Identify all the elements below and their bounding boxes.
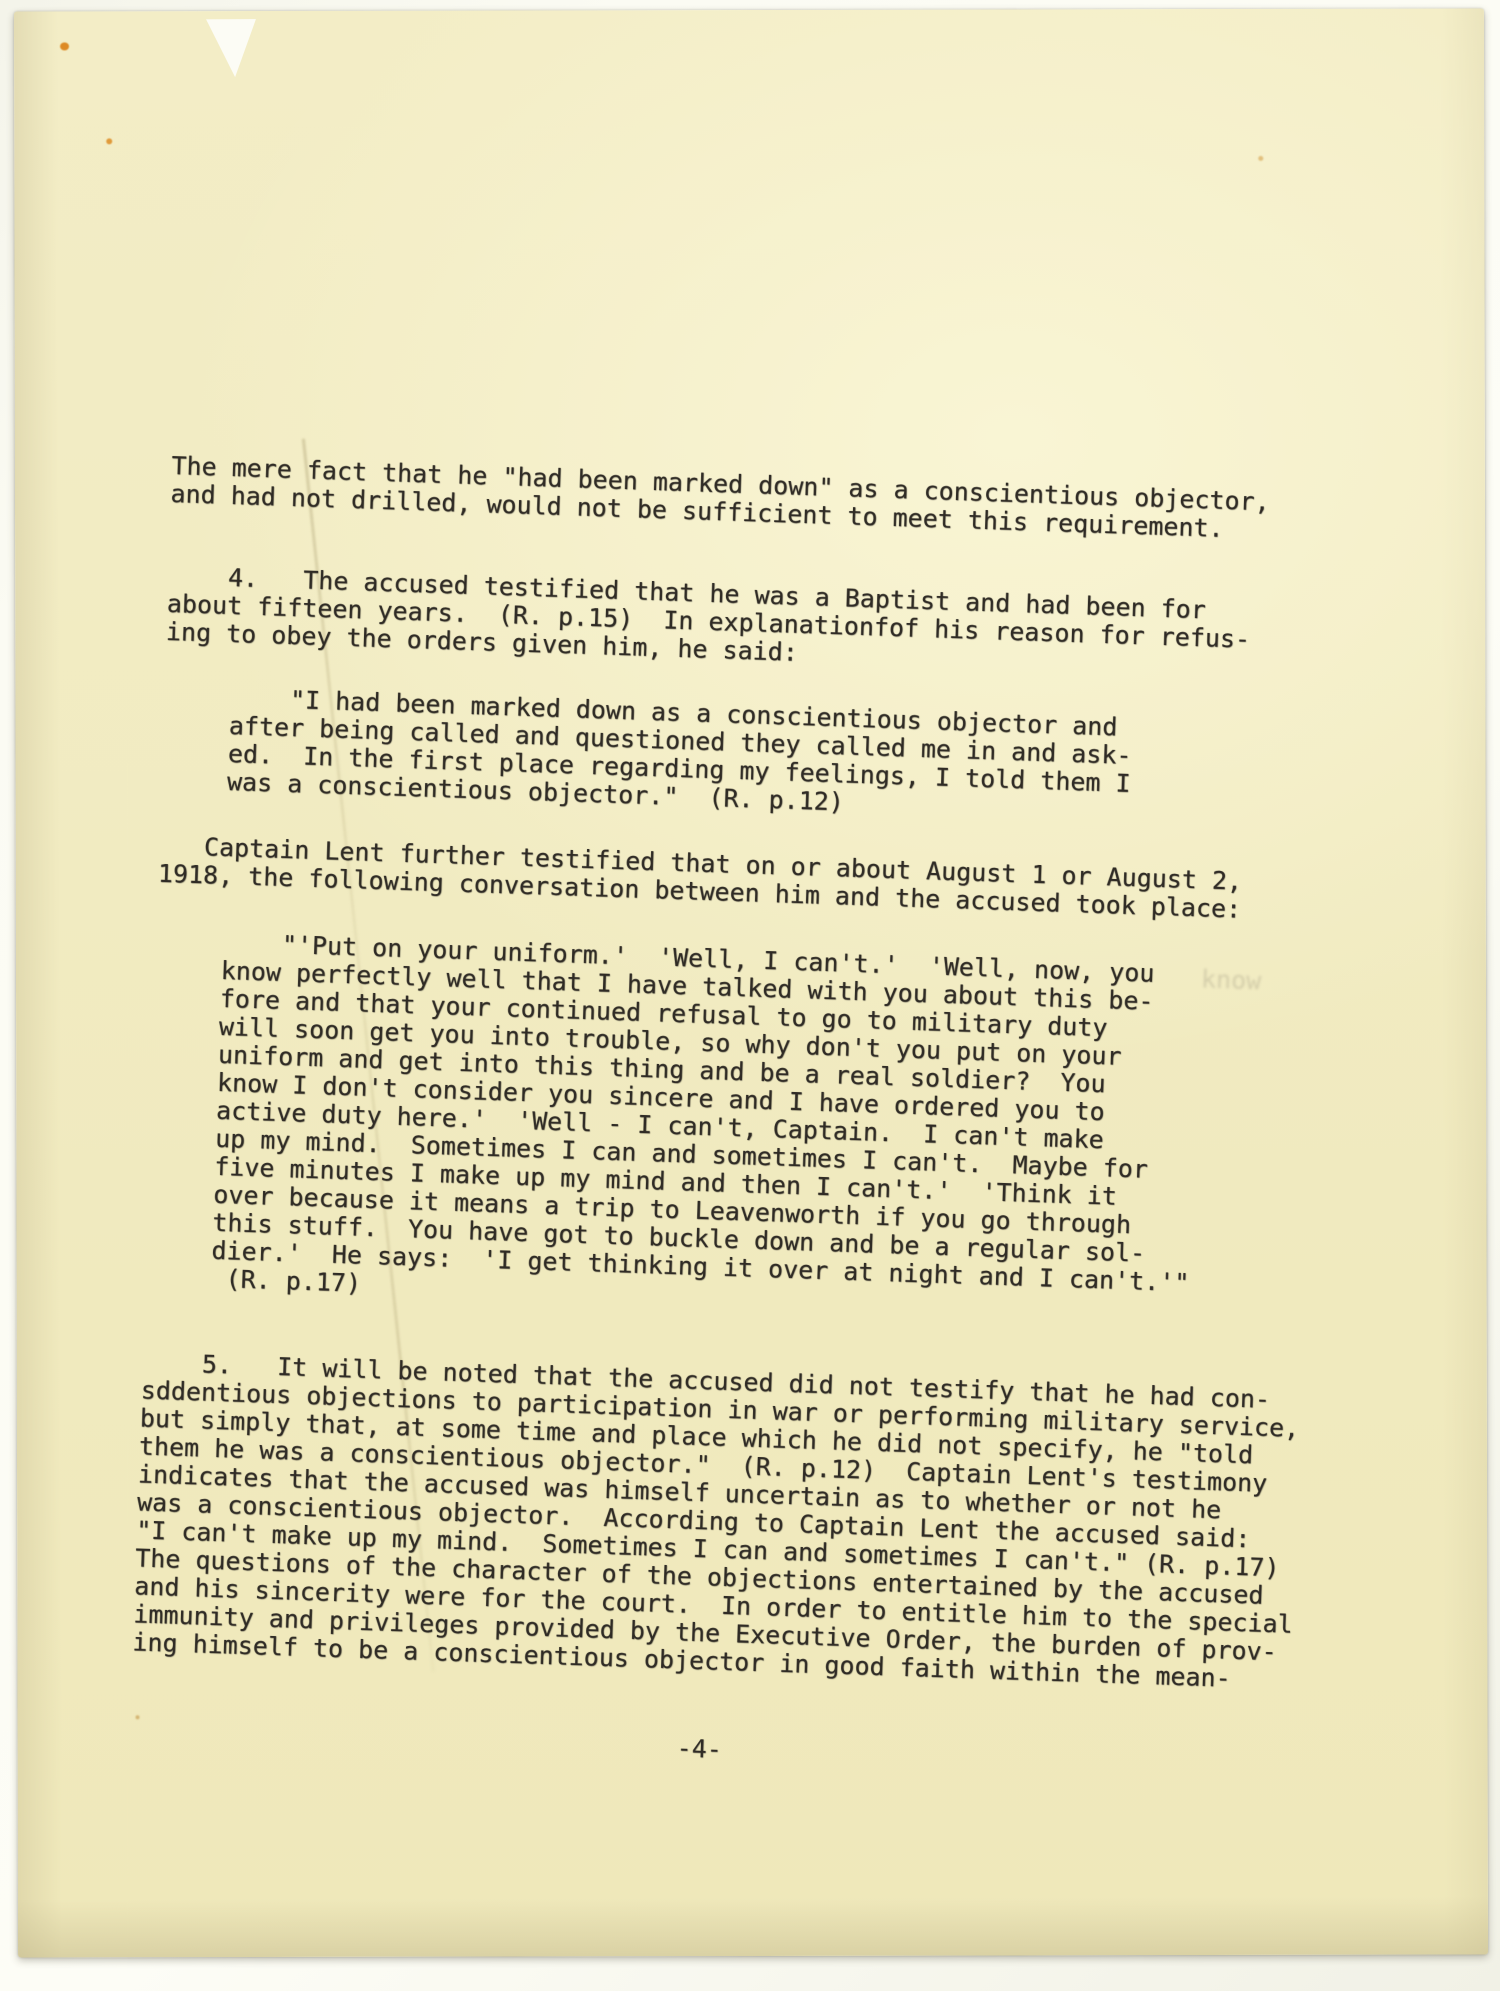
torn-corner	[206, 19, 256, 77]
paragraph-5: 5. It will be noted that the accused did…	[132, 1349, 1282, 1695]
scanned-document: The mere fact that he "had been marked d…	[0, 0, 1500, 1991]
paragraph-4: 4. The accused testified that he was a B…	[166, 562, 1308, 684]
foxing-spot	[60, 42, 69, 50]
blockquote-conversation: "'Put on your uniform.' 'Well, I can't.'…	[210, 929, 1295, 1328]
foxing-spot	[1258, 156, 1263, 161]
foxing-spot	[106, 138, 112, 144]
ghost-bleedthrough-word: know	[1201, 964, 1262, 995]
typed-text-block: The mere fact that he "had been marked d…	[129, 452, 1311, 1782]
blockquote-accused-testimony: "I had been marked down as a conscientio…	[227, 684, 1304, 832]
paragraph-captain-lent: Captain Lent further testified that on o…	[158, 832, 1299, 926]
